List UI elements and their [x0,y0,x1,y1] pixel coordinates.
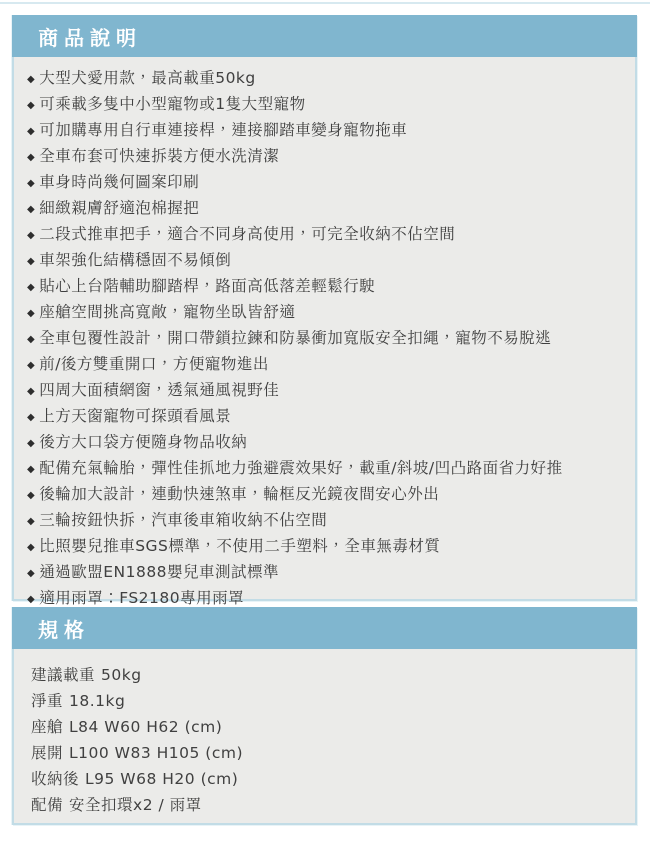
description-bullet-item: ◆比照嬰兒推車SGS標準，不使用二手塑料，全車無毒材質 [27,534,621,560]
diamond-bullet-icon: ◆ [27,197,35,222]
description-bullet-item: ◆座艙空間挑高寬敞，寵物坐臥皆舒適 [27,300,621,326]
diamond-bullet-icon: ◆ [27,431,35,456]
diamond-bullet-icon: ◆ [27,379,35,404]
description-bullet-item: ◆貼心上台階輔助腳踏桿，路面高低落差輕鬆行駛 [27,274,621,300]
spec-list: 建議載重50kg 淨重18.1kg 座艙L84 W60 H62 (cm) 展開L… [14,649,635,818]
description-bullet-text: 二段式推車把手，適合不同身高使用，可完全收納不佔空間 [39,225,455,243]
spec-item: 配備安全扣環x2 / 雨罩 [31,792,621,818]
specifications-section: 規格 建議載重50kg 淨重18.1kg 座艙L84 W60 H62 (cm) … [12,607,637,825]
diamond-bullet-icon: ◆ [27,405,35,430]
spec-item: 淨重18.1kg [31,688,621,714]
diamond-bullet-icon: ◆ [27,275,35,300]
spec-value: L95 W68 H20 (cm) [85,770,238,788]
spec-label: 建議載重 [31,666,95,684]
diamond-bullet-icon: ◆ [27,457,35,482]
description-bullet-item: ◆全車布套可快速拆裝方便水洗清潔 [27,144,621,170]
spec-label: 收納後 [31,770,79,788]
description-bullet-item: ◆細緻親膚舒適泡棉握把 [27,196,621,222]
diamond-bullet-icon: ◆ [27,353,35,378]
description-bullet-text: 細緻親膚舒適泡棉握把 [39,199,199,217]
description-bullet-text: 上方天窗寵物可探頭看風景 [39,407,231,425]
description-bullet-text: 三輪按鈕快拆，汽車後車箱收納不佔空間 [39,511,327,529]
spec-value: 18.1kg [69,692,125,710]
spec-label: 配備 [31,796,63,814]
description-bullet-text: 車身時尚幾何圖案印刷 [39,173,199,191]
description-bullet-item: ◆前/後方雙重開口，方便寵物進出 [27,352,621,378]
description-bullet-item: ◆後方大口袋方便隨身物品收納 [27,430,621,456]
spec-label: 展開 [31,744,63,762]
description-bullet-text: 通過歐盟EN1888嬰兒車測試標準 [39,563,279,581]
description-section-header: 商品說明 [12,15,637,57]
spec-value: L100 W83 H105 (cm) [69,744,243,762]
description-bullet-item: ◆車身時尚幾何圖案印刷 [27,170,621,196]
description-bullet-text: 可加購專用自行車連接桿，連接腳踏車變身寵物拖車 [39,121,407,139]
diamond-bullet-icon: ◆ [27,223,35,248]
spec-item: 建議載重50kg [31,662,621,688]
description-bullet-list: ◆大型犬愛用款，最高載重50kg ◆可乘載多隻中小型寵物或1隻大型寵物 ◆可加購… [14,57,635,612]
description-bullet-text: 後方大口袋方便隨身物品收納 [39,433,247,451]
description-bullet-text: 車架強化結構穩固不易傾倒 [39,251,231,269]
product-detail-page: 商品說明 ◆大型犬愛用款，最高載重50kg ◆可乘載多隻中小型寵物或1隻大型寵物… [0,0,650,843]
description-bullet-item: ◆車架強化結構穩固不易傾倒 [27,248,621,274]
description-bullet-text: 座艙空間挑高寬敞，寵物坐臥皆舒適 [39,303,295,321]
diamond-bullet-icon: ◆ [27,301,35,326]
diamond-bullet-icon: ◆ [27,249,35,274]
description-bullet-text: 配備充氣輪胎，彈性佳抓地力強避震效果好，載重/斜坡/凹凸路面省力好推 [39,459,562,477]
spec-item: 展開L100 W83 H105 (cm) [31,740,621,766]
description-bullet-item: ◆配備充氣輪胎，彈性佳抓地力強避震效果好，載重/斜坡/凹凸路面省力好推 [27,456,621,482]
description-bullet-text: 全車包覆性設計，開口帶鎖拉鍊和防暴衝加寬版安全扣繩，寵物不易脫逃 [39,329,551,347]
spec-value: 50kg [101,666,142,684]
description-bullet-text: 後輪加大設計，連動快速煞車，輪框反光鏡夜間安心外出 [39,485,439,503]
description-bullet-text: 大型犬愛用款，最高載重50kg [39,69,256,87]
diamond-bullet-icon: ◆ [27,483,35,508]
description-bullet-item: ◆上方天窗寵物可探頭看風景 [27,404,621,430]
diamond-bullet-icon: ◆ [27,561,35,586]
spec-label: 座艙 [31,718,63,736]
spec-label: 淨重 [31,692,63,710]
description-bullet-item: ◆二段式推車把手，適合不同身高使用，可完全收納不佔空間 [27,222,621,248]
description-bullet-item: ◆可加購專用自行車連接桿，連接腳踏車變身寵物拖車 [27,118,621,144]
description-bullet-item: ◆全車包覆性設計，開口帶鎖拉鍊和防暴衝加寬版安全扣繩，寵物不易脫逃 [27,326,621,352]
description-bullet-text: 可乘載多隻中小型寵物或1隻大型寵物 [39,95,305,113]
diamond-bullet-icon: ◆ [27,119,35,144]
top-divider-line [0,2,650,4]
diamond-bullet-icon: ◆ [27,145,35,170]
description-bullet-text: 比照嬰兒推車SGS標準，不使用二手塑料，全車無毒材質 [39,537,440,555]
description-bullet-text: 貼心上台階輔助腳踏桿，路面高低落差輕鬆行駛 [39,277,375,295]
specs-section-header: 規格 [12,607,637,649]
description-bullet-item: ◆四周大面積網窗，透氣通風視野佳 [27,378,621,404]
spec-item: 座艙L84 W60 H62 (cm) [31,714,621,740]
description-section-title: 商品說明 [38,22,142,51]
description-bullet-text: 四周大面積網窗，透氣通風視野佳 [39,381,279,399]
spec-item: 收納後L95 W68 H20 (cm) [31,766,621,792]
diamond-bullet-icon: ◆ [27,509,35,534]
description-bullet-item: ◆可乘載多隻中小型寵物或1隻大型寵物 [27,92,621,118]
description-bullet-text: 適用雨罩：FS2180專用雨罩 [39,589,244,607]
description-bullet-item: ◆大型犬愛用款，最高載重50kg [27,66,621,92]
diamond-bullet-icon: ◆ [27,535,35,560]
specs-section-title: 規格 [38,614,90,643]
diamond-bullet-icon: ◆ [27,171,35,196]
description-bullet-text: 全車布套可快速拆裝方便水洗清潔 [39,147,279,165]
diamond-bullet-icon: ◆ [27,67,35,92]
product-description-section: 商品說明 ◆大型犬愛用款，最高載重50kg ◆可乘載多隻中小型寵物或1隻大型寵物… [12,15,637,601]
description-bullet-item: ◆後輪加大設計，連動快速煞車，輪框反光鏡夜間安心外出 [27,482,621,508]
spec-value: 安全扣環x2 / 雨罩 [69,796,202,814]
diamond-bullet-icon: ◆ [27,93,35,118]
description-bullet-item: ◆通過歐盟EN1888嬰兒車測試標準 [27,560,621,586]
description-bullet-item: ◆三輪按鈕快拆，汽車後車箱收納不佔空間 [27,508,621,534]
diamond-bullet-icon: ◆ [27,327,35,352]
description-bullet-text: 前/後方雙重開口，方便寵物進出 [39,355,269,373]
spec-value: L84 W60 H62 (cm) [69,718,222,736]
